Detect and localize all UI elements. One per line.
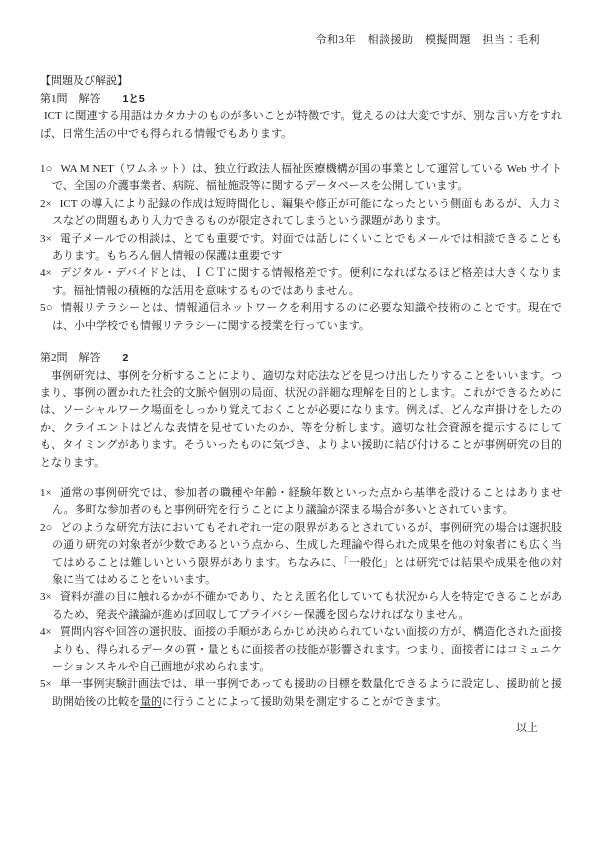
q2-item-5: 5×単一事例実験計画法では、単一事例であっても援助の目標を数量化できるように設定… (40, 676, 562, 711)
q2-item-3-text: 資料が誰の目に触れるかが不確かであり、たとえ匿名化していても状況から人を特定でき… (52, 591, 562, 620)
q2-item-1: 1×通常の事例研究では、参加者の職種や年齢・経験年数といった点から基準を設けるこ… (40, 485, 562, 520)
question-1-block: 第1問 解答1と5 ICT に関連する用語はカタカナのものが多いことが特徴です。… (40, 91, 562, 335)
q2-item-5-text-underlined: 量的 (140, 696, 162, 708)
q1-item-3-label: 3× (40, 233, 52, 245)
q1-item-5-text: 情報リテラシーとは、情報通信ネットワークを利用するのに必要な知識や技術のことです… (52, 302, 562, 331)
q1-item-1: 1○WA M NET（ワムネット）は、独立行政法人福祉医療機構が国の事業として運… (40, 161, 562, 196)
q1-item-4: 4×デジタル・デバイドとは、ＩＣＴに関する情報格差です。便利になればなるほど格差… (40, 265, 562, 300)
section-heading: 【問題及び解説】 (40, 73, 562, 90)
q1-answer-value: 1と5 (123, 93, 145, 105)
q2-item-2-text: どのような研究方法においてもそれぞれ一定の限界があるとされているが、事例研究の場… (52, 522, 562, 586)
q2-label: 第2問 解答 (40, 352, 101, 364)
q1-item-4-text: デジタル・デバイドとは、ＩＣＴに関する情報格差です。便利になればなるほど格差は大… (52, 267, 562, 296)
q2-item-1-label: 1× (40, 487, 52, 499)
q1-item-5-label: 5○ (40, 302, 53, 314)
q2-item-5-label: 5× (40, 678, 52, 690)
q1-label: 第1問 解答 (40, 93, 101, 105)
q1-item-3-text: 電子メールでの相談は、とても重要です。対面では話しにくいことでもメールでは相談で… (52, 233, 562, 262)
question-2-block: 第2問 解答2 事例研究は、事例を分析することにより、適切な対応法などを見つけ出… (40, 350, 562, 711)
q1-item-3: 3×電子メールでの相談は、とても重要です。対面では話しにくいことでもメールでは相… (40, 231, 562, 266)
document-page: 令和3年 相談援助 模擬問題 担当：毛利 【問題及び解説】 第1問 解答1と5 … (0, 0, 595, 841)
q2-item-5-text-after: に行うことによって援助効果を測定することができます。 (162, 696, 447, 708)
q2-item-3-label: 3× (40, 591, 52, 603)
q1-item-1-label: 1○ (40, 163, 52, 175)
q2-item-1-text: 通常の事例研究では、参加者の職種や年齢・経験年数といった点から基準を設けることは… (52, 487, 562, 516)
q1-item-2: 2×ICT の導入により記録の作成は短時間化し、編集や修正が可能になったという側… (40, 196, 562, 231)
q1-item-5: 5○情報リテラシーとは、情報通信ネットワークを利用するのに必要な知識や技術のこと… (40, 300, 562, 335)
q1-answer-line: 第1問 解答1と5 (40, 91, 562, 108)
q2-intro-paragraph: 事例研究は、事例を分析することにより、適切な対応法などを見つけ出したりすることを… (40, 368, 562, 472)
q1-intro-paragraph: ICT に関連する用語はカタカナのものが多いことが特徴です。覚えるのは大変ですが… (40, 108, 562, 143)
q1-item-2-label: 2× (40, 198, 52, 210)
q2-items: 1×通常の事例研究では、参加者の職種や年齢・経験年数といった点から基準を設けるこ… (40, 485, 562, 711)
q2-item-3: 3×資料が誰の目に触れるかが不確かであり、たとえ匿名化していても状況から人を特定… (40, 589, 562, 624)
document-header: 令和3年 相談援助 模擬問題 担当：毛利 (40, 32, 562, 49)
q2-answer-line: 第2問 解答2 (40, 350, 562, 367)
q1-items: 1○WA M NET（ワムネット）は、独立行政法人福祉医療機構が国の事業として運… (40, 161, 562, 335)
q1-item-2-text: ICT の導入により記録の作成は短時間化し、編集や修正が可能になったという側面も… (52, 198, 562, 227)
q2-item-2-label: 2○ (40, 522, 52, 534)
q2-item-2: 2○どのような研究方法においてもそれぞれ一定の限界があるとされているが、事例研究… (40, 520, 562, 590)
document-footer: 以上 (40, 720, 562, 737)
q1-item-1-text: WA M NET（ワムネット）は、独立行政法人福祉医療機構が国の事業として運営し… (52, 163, 562, 192)
q2-answer-value: 2 (123, 352, 129, 364)
q2-item-4-label: 4× (40, 626, 52, 638)
q1-item-4-label: 4× (40, 267, 52, 279)
q2-item-4: 4×質問内容や回答の選択肢、面接の手順があらかじめ決められていない面接の方が、構… (40, 624, 562, 676)
q2-item-4-text: 質問内容や回答の選択肢、面接の手順があらかじめ決められていない面接の方が、構造化… (52, 626, 562, 673)
